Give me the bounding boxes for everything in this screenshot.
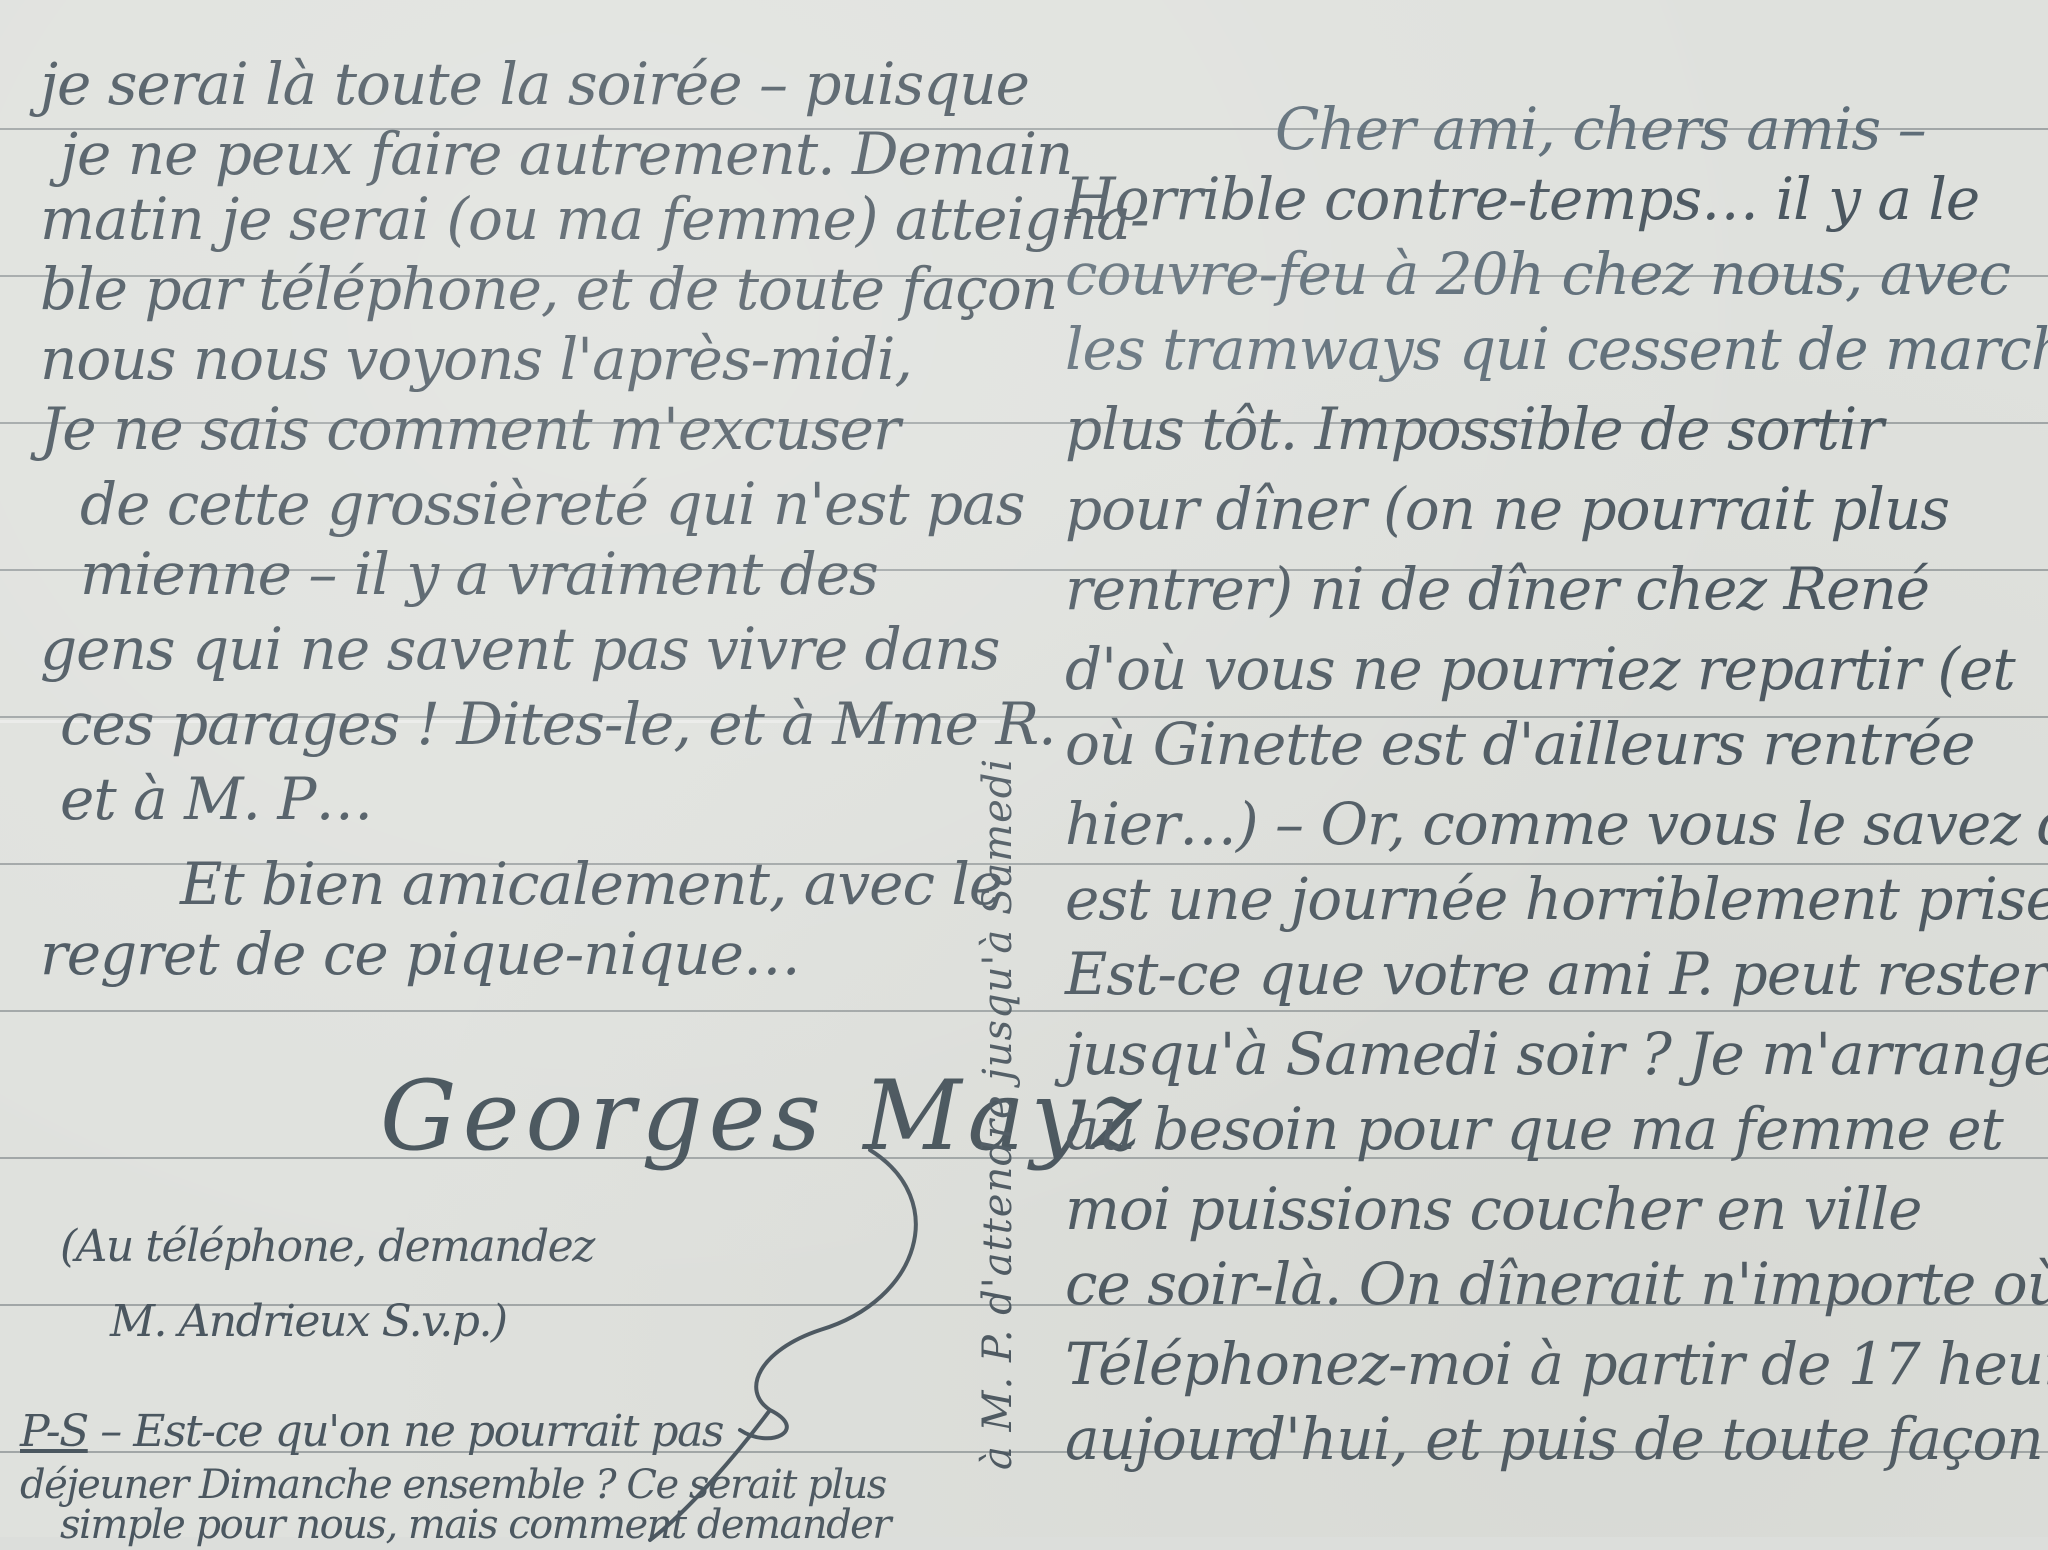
phone-note-line-2: M. Andrieux S.v.p.) (110, 1300, 507, 1344)
right-line-1: Horrible contre-temps… il y a le (1065, 170, 1979, 228)
right-line-2: couvre-feu à 20h chez nous, avec (1065, 245, 2010, 303)
right-line-10: est une journée horriblement prise – (1065, 870, 2048, 928)
right-line-16: Téléphonez-moi à partir de 17 heures (1065, 1335, 2048, 1393)
phone-note-line-1: (Au téléphone, demandez (60, 1225, 594, 1269)
left-line-2: je ne peux faire autrement. Demain (60, 125, 1072, 183)
left-line-4: ble par téléphone, et de toute façon (40, 260, 1057, 318)
left-line-12: Et bien amicalement, avec le (180, 855, 1002, 913)
right-line-17: aujourd'hui, et puis de toute façon (1065, 1410, 2043, 1468)
right-line-15: ce soir-là. On dînerait n'importe où. (1065, 1255, 2048, 1313)
right-line-4: plus tôt. Impossible de sortir (1065, 400, 1883, 458)
right-line-13: au besoin pour que ma femme et (1065, 1100, 2003, 1158)
salutation: Cher ami, chers amis – (1275, 100, 1926, 158)
left-line-9: gens qui ne savent pas vivre dans (40, 620, 999, 678)
right-line-11: Est-ce que votre ami P. peut rester (1065, 945, 2047, 1003)
ps-label: P-S (20, 1406, 88, 1457)
right-line-6: rentrer) ni de dîner chez René (1065, 560, 1929, 618)
letter-sheet: je serai là toute la soirée – puisque je… (0, 0, 2048, 1537)
left-line-11: et à M. P… (60, 770, 372, 828)
postscript-line-1: P-S – Est-ce qu'on ne pourrait pas (20, 1410, 723, 1454)
right-line-8: où Ginette est d'ailleurs rentrée (1065, 715, 1974, 773)
right-line-5: pour dîner (on ne pourrait plus (1065, 480, 1949, 538)
left-line-8: mienne – il y a vraiment des (80, 545, 878, 603)
right-line-3: les tramways qui cessent de marcher (1065, 320, 2048, 378)
left-line-13: regret de ce pique-nique… (40, 925, 800, 983)
left-line-6: Je ne sais comment m'excuser (40, 400, 900, 458)
signature-flourish-icon (620, 1130, 1020, 1537)
right-line-7: d'où vous ne pourriez repartir (et (1065, 640, 2015, 698)
left-line-1: je serai là toute la soirée – puisque (40, 55, 1029, 113)
left-line-10: ces parages ! Dites-le, et à Mme R. (60, 695, 1056, 753)
left-line-3: matin je serai (ou ma femme) atteigna- (40, 190, 1149, 248)
right-line-12: jusqu'à Samedi soir ? Je m'arrangerais (1065, 1025, 2048, 1083)
left-line-7: de cette grossièreté qui n'est pas (80, 475, 1024, 533)
left-line-5: nous nous voyons l'après-midi, (40, 330, 912, 388)
right-line-9: hier…) – Or, comme vous le savez demain (1065, 795, 2048, 853)
margin-note-vertical: à M. P. d'attendre jusqu'à Samedi (975, 758, 1021, 1470)
right-line-14: moi puissions coucher en ville (1065, 1180, 1921, 1238)
